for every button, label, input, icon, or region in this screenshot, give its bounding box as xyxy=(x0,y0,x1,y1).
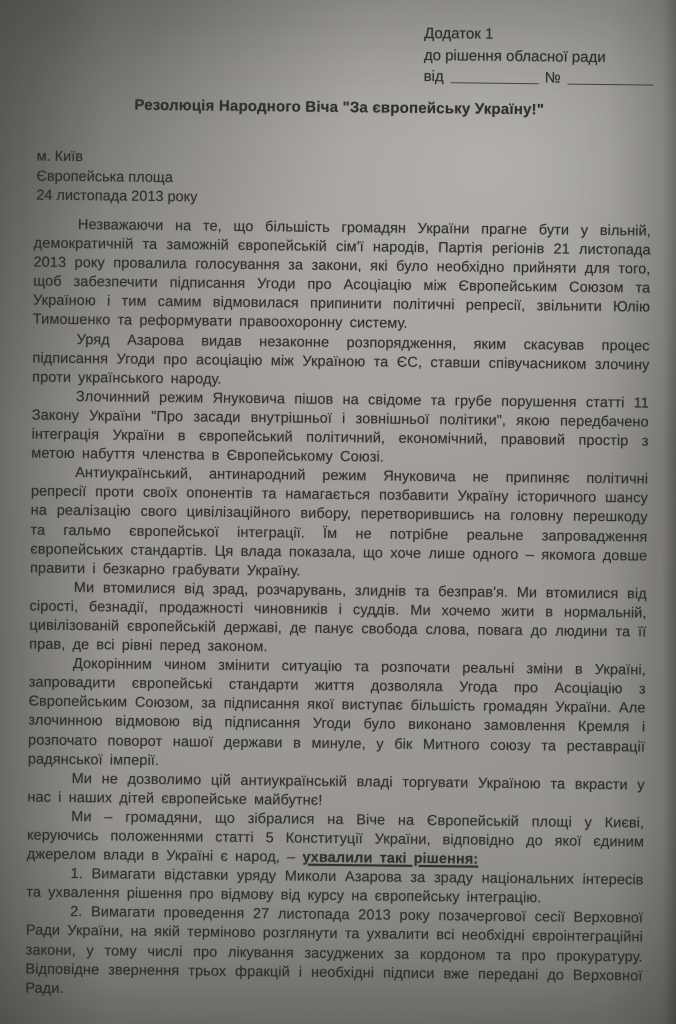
annex-line-2: до рішення обласної ради xyxy=(424,44,654,68)
annex-from-label: від xyxy=(424,68,444,85)
paragraph-6: Докорінним чином змінити ситуацію та роз… xyxy=(28,655,646,777)
resolution-intro-emphasis: ухвалили такі рішення: xyxy=(302,850,478,868)
place-square: Європейська площа xyxy=(36,167,197,188)
place-city: м. Київ xyxy=(37,148,198,169)
annex-block: Додаток 1 до рішення обласної ради від№ xyxy=(424,23,655,90)
paragraph-3: Злочинний режим Януковича пішов на свідо… xyxy=(31,387,649,470)
document-title: Резолюція Народного Віча "За європейську… xyxy=(41,96,637,120)
annex-line-1: Додаток 1 xyxy=(424,23,654,47)
paragraph-4: Антиукраїнський, антинародний режим Янук… xyxy=(30,464,648,586)
number-blank-line xyxy=(568,71,654,86)
place-date: 24 листопада 2013 року xyxy=(36,187,197,208)
document-body: Незважаючи на те, що більшість громадян … xyxy=(25,216,651,1006)
paragraph-1: Незважаючи на те, що більшість громадян … xyxy=(33,216,651,338)
decision-item-2: 2. Вимагати проведення 27 листопада 2013… xyxy=(25,903,643,1005)
paragraph-5: Ми втомилися від зрад, розчарувань, злид… xyxy=(29,578,647,661)
paragraph-2: Уряд Азарова видав незаконне розпоряджен… xyxy=(32,330,650,394)
paragraph-resolution-intro: Ми – громадяни, що зібралися на Віче на … xyxy=(27,807,645,871)
annex-line-3: від№ xyxy=(424,66,654,90)
annex-number-label: № xyxy=(545,69,561,86)
document-sheet: Додаток 1 до рішення обласної ради від№ … xyxy=(0,0,676,1024)
document-photo: Додаток 1 до рішення обласної ради від№ … xyxy=(0,0,676,1024)
date-blank-line xyxy=(451,69,539,84)
dateline-block: м. Київ Європейська площа 24 листопада 2… xyxy=(36,148,198,208)
